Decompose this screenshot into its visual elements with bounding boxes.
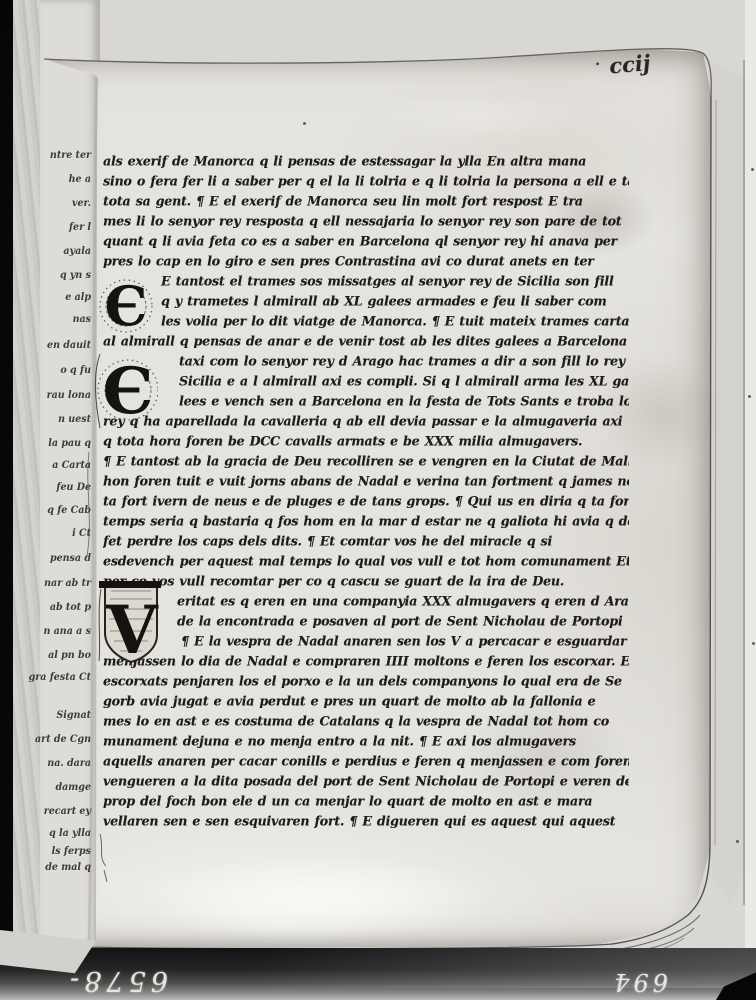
manuscript-text-line: menjassen lo dia de Nadal e compraren II… xyxy=(103,653,629,669)
facing-page-text-fragment: n ana a s xyxy=(43,626,91,638)
facing-page-text-fragment: fer l xyxy=(69,222,91,234)
manuscript-text-line: ¶ E tantost ab la gracia de Deu recollir… xyxy=(103,453,629,469)
manuscript-text-line: prop del foch bon ele d un ca menjar lo … xyxy=(103,793,592,809)
facing-page-text-fragment: feu De xyxy=(56,482,91,494)
manuscript-text-line: pres lo cap en lo giro e sen pres Contra… xyxy=(103,253,594,269)
manuscript-text-line: q y trametes l almirall ab XL galees arm… xyxy=(161,293,607,309)
facing-page-text-fragment: ab tot p xyxy=(50,602,91,614)
manuscript-text-line: rey q ha aparellada la cavalleria q ab e… xyxy=(103,413,622,429)
photograph-of-manuscript: ·ccij als exerif de Manorca q li pensas … xyxy=(0,0,756,1000)
facing-page-text-fragment: recart ey xyxy=(44,806,91,818)
facing-page-text-fragment: he a xyxy=(69,174,91,186)
manuscript-text-line: als exerif de Manorca q li pensas de est… xyxy=(103,153,586,169)
manuscript-text-line: eritat es q eren en una companyia XXX al… xyxy=(177,593,629,609)
facing-page-text-fragment: Signat xyxy=(56,710,91,722)
facing-page-text-fragment: n uest xyxy=(58,414,91,426)
parchment-light-patch xyxy=(145,855,495,940)
facing-page-text-fragment: nas xyxy=(73,314,91,326)
facing-page-text-fragment: i Ct xyxy=(72,528,91,540)
facing-page-text-fragment: gra festa Ct xyxy=(29,672,91,684)
manuscript-text-line: aquells anaren per cacar conills e perdi… xyxy=(103,753,629,769)
manuscript-text-line: escorxats penjaren los el porxo e la un … xyxy=(103,673,622,689)
facing-page-text-fragment: de mal q xyxy=(45,862,91,874)
manuscript-text-line: q tota hora foren be DCC cavalls armats … xyxy=(103,433,582,449)
facing-page-text-fragment: e alp xyxy=(65,292,91,304)
plate-number-left: 6578- xyxy=(50,950,168,996)
manuscript-text-line: fet perdre los caps dels dits. ¶ Et comt… xyxy=(103,533,552,549)
manuscript-text-line: tota sa gent. ¶ E el exerif de Manorca s… xyxy=(103,193,583,209)
book-fore-edge xyxy=(712,55,745,905)
facing-page-text-fragment: damge xyxy=(55,782,91,794)
manuscript-text-line: de la encontrada e posaven al port de Se… xyxy=(177,613,622,629)
manuscript-text-line: E tantost el trames sos missatges al sen… xyxy=(161,273,613,289)
manuscript-text-line: mes li lo senyor rey resposta q ell ness… xyxy=(103,213,621,229)
manuscript-text-line: lees e vench sen a Barcelona en la festa… xyxy=(179,393,629,409)
manuscript-text-line: munament dejuna e no menja entro a la ni… xyxy=(103,733,576,749)
manuscript-text-line: quant q li avia feta co es a saber en Ba… xyxy=(103,233,617,249)
facing-page-text-fragment: o q fu xyxy=(60,365,91,377)
facing-page-text-fragment: ls ferps xyxy=(52,846,91,858)
manuscript-text-line: gorb avia jugat e avia perdut e pres un … xyxy=(103,693,595,709)
manuscript-text-line: ta fort ivern de neus e de pluges e de t… xyxy=(103,493,629,509)
dust-speck xyxy=(748,395,751,398)
facing-page-text-fragment: al pn bo xyxy=(48,650,91,662)
dust-speck xyxy=(736,840,739,843)
dust-speck xyxy=(751,168,754,171)
photo-right-margin xyxy=(745,0,756,1000)
facing-page-text-fragment: rau lona xyxy=(47,390,91,402)
facing-page-text-fragment: en dauit xyxy=(47,340,91,352)
manuscript-text-line: vellaren sen e sen esquivaren fort. ¶ E … xyxy=(103,813,615,829)
photo-left-edge xyxy=(0,0,13,1000)
manuscript-text-line: esdevench per aquest mal temps lo qual v… xyxy=(103,553,629,569)
facing-page-text-fragment: art de Cgn xyxy=(35,734,91,746)
facing-page-text-fragment: na. dara xyxy=(47,758,91,770)
photo-bottom-sheen xyxy=(250,948,756,988)
manuscript-text-line: taxi com lo senyor rey d Arago hac trame… xyxy=(179,353,629,369)
facing-page-text-fragment: ntre ter xyxy=(50,150,91,162)
manuscript-text-line: temps seria q bastaria q fos hom en la m… xyxy=(103,513,629,529)
manuscript-text-line: per co vos vull recomtar per co q cascu … xyxy=(103,573,564,589)
facing-page-text-fragment: q yn s xyxy=(60,270,91,282)
manuscript-text-line: mes lo en ast e es costuma de Catalans q… xyxy=(103,713,609,729)
facing-page-text-fragment: ayala xyxy=(63,246,91,258)
manuscript-text-line: sino o fera fer li a saber per q el la l… xyxy=(103,173,629,189)
manuscript-text-line: ¶ E la vespra de Nadal anaren sen los V … xyxy=(181,633,629,649)
facing-page-text-fragment: nar ab tr xyxy=(44,578,91,590)
plate-number-right: 694 xyxy=(592,956,668,996)
facing-page-text-fragment: q la ylla xyxy=(49,828,91,840)
facing-page-text-fragments: ntre terhe aver.fer layalaq yn se alpnas… xyxy=(16,0,94,900)
facing-page-text-fragment: ver. xyxy=(72,198,91,210)
dust-speck xyxy=(752,642,755,645)
facing-page-text-fragment: q fe Cab xyxy=(47,505,91,517)
manuscript-text-line: vengueren a la dita posada del port de S… xyxy=(103,773,629,789)
manuscript-text-line: les volia per lo dit viatge de Manorca. … xyxy=(161,313,629,329)
manuscript-text-line: hon foren tuit e vuit jorns abans de Nad… xyxy=(103,473,629,489)
manuscript-text-block: als exerif de Manorca q li pensas de est… xyxy=(103,0,629,845)
manuscript-text-line: Sicilia e a l almirall axi es compli. Si… xyxy=(179,373,629,389)
facing-page-text-fragment: pensa d xyxy=(50,553,91,565)
facing-page-text-fragment: la pau q xyxy=(48,438,91,450)
facing-page-text-fragment: a Carta xyxy=(52,460,91,472)
manuscript-text-line: al almirall q pensas de anar e de venir … xyxy=(103,333,627,349)
